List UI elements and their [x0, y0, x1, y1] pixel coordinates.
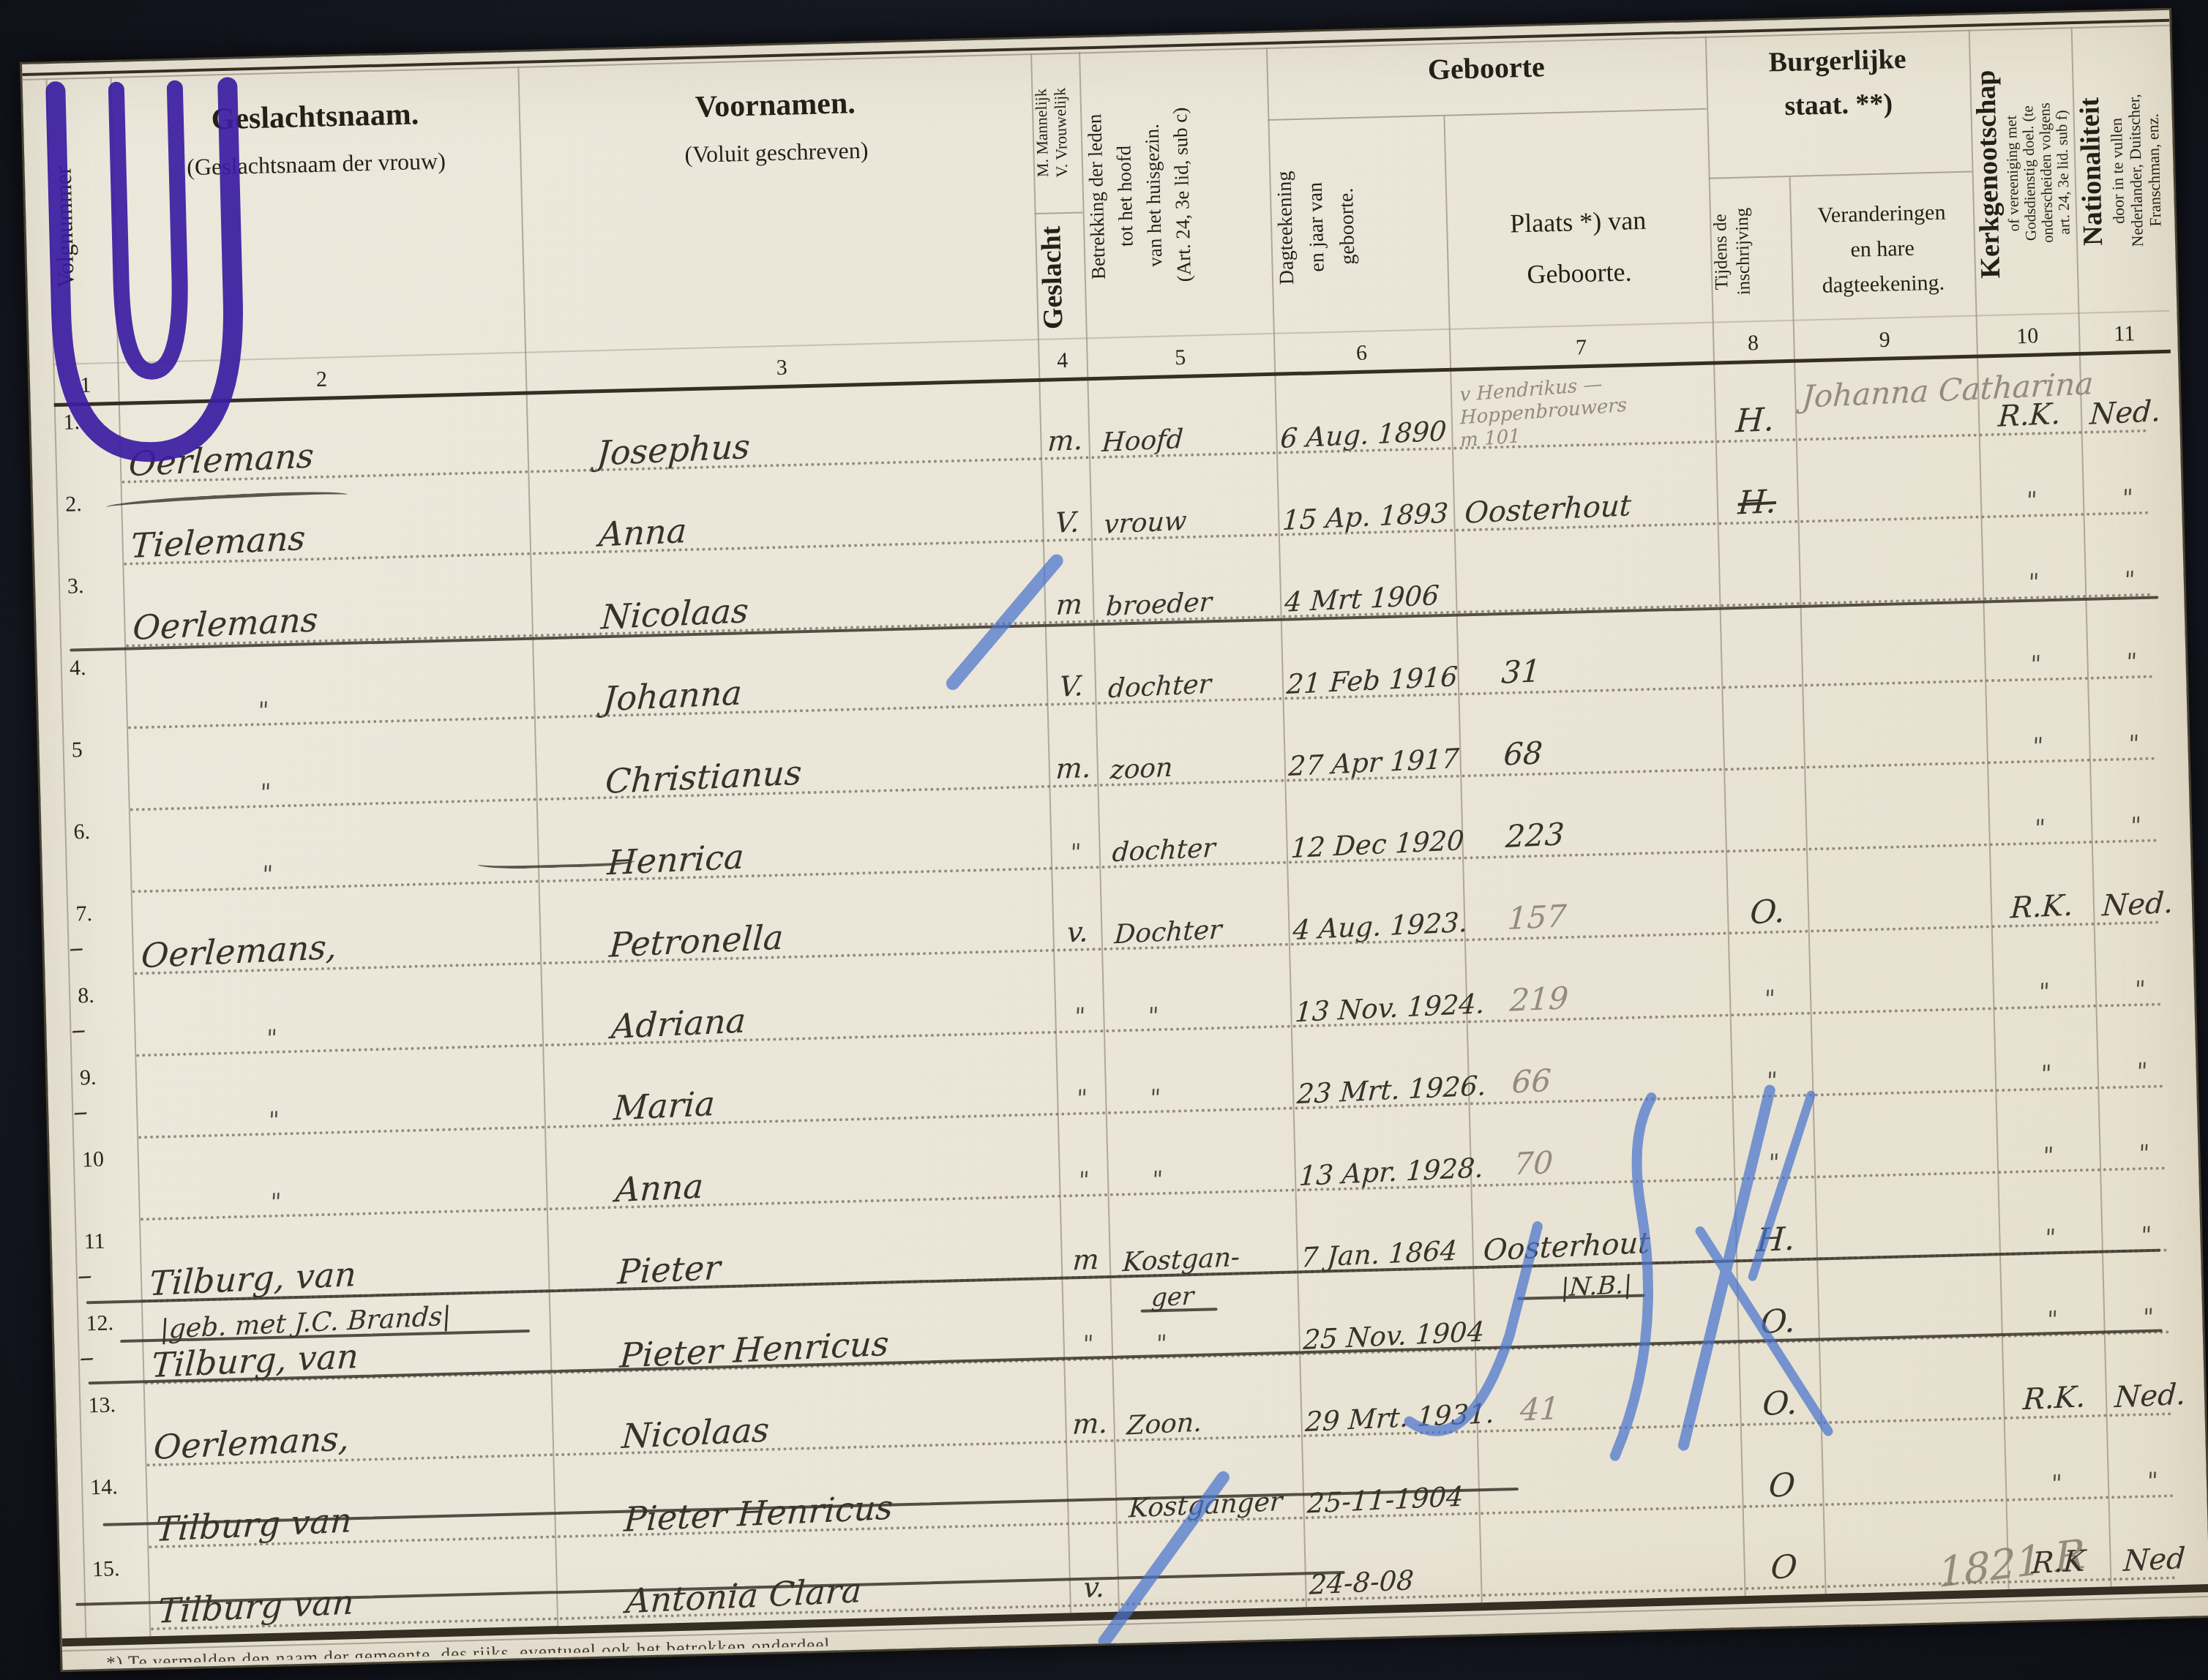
- surname-entry: ": [266, 1024, 278, 1052]
- nationality-entry: Ned.: [2092, 885, 2184, 923]
- church-entry: ": [1980, 484, 2084, 517]
- nationality-entry: Ned.: [2080, 394, 2171, 432]
- nationality-entry: ": [2090, 809, 2181, 841]
- column-number-1: 1: [53, 368, 119, 403]
- geslacht-label: Geslacht: [1035, 218, 1070, 337]
- birth-place-entry: Oosterhout: [1464, 489, 1632, 530]
- col10-header: Kerkgenootschap of vereeniging met Godsd…: [1969, 33, 2078, 313]
- col4-header-small: M. Mannelijk V. Vrouwelijk: [1030, 58, 1082, 207]
- col5-header: Betrekking der leden tot het hoofd van h…: [1079, 53, 1273, 336]
- nationality-entry: ": [2088, 727, 2179, 760]
- legend-vrouwelijk: V. Vrouwelijk: [1049, 59, 1072, 207]
- margin-dash: –: [78, 1340, 95, 1375]
- col6-header: Dagteekening en jaar van geboorte.: [1268, 122, 1449, 330]
- row-number: 7.: [75, 901, 92, 927]
- church-entry: R.K: [2006, 1543, 2111, 1582]
- wavy-strike-mark: [106, 489, 348, 514]
- sex-entry: V.: [1047, 669, 1096, 703]
- row-number: 8.: [78, 983, 94, 1009]
- birth-place-number-entry: 31: [1500, 653, 1541, 691]
- register-card-wrap: Volgnummer Geslachtsnaam. (Geslachtsnaam…: [22, 10, 2208, 1670]
- betrekking-label: Betrekking der leden tot het hoofd van h…: [1079, 56, 1200, 337]
- geboorte-span-header: Geboorte: [1266, 45, 1706, 91]
- burgerlijke-header-2: staat. **): [1707, 86, 1971, 124]
- sex-legend: M. Mannelijk V. Vrouwelijk: [1030, 59, 1072, 207]
- nationaliteit-label: Nationaliteit door in te vullen Nederlan…: [2071, 31, 2167, 311]
- church-entry: ": [1982, 566, 2086, 599]
- nationality-entry: ": [2103, 1301, 2193, 1333]
- veranderingen-line-1: Veranderingen: [1790, 200, 1974, 229]
- nationality-entry: ": [2087, 645, 2177, 678]
- dagteekening-line: geboorte.: [1330, 124, 1366, 329]
- church-entry: ": [1994, 1057, 2098, 1090]
- column-number-5: 5: [1086, 339, 1274, 377]
- civil-status-entry: ": [1729, 983, 1811, 1014]
- col1-header: Volgnummer: [48, 91, 117, 362]
- sex-entry: m.: [1041, 424, 1090, 458]
- column-number-11: 11: [2078, 316, 2171, 352]
- row-number: 14.: [90, 1474, 118, 1500]
- church-entry: ": [1992, 975, 2096, 1008]
- church-entry: ": [1988, 811, 2092, 844]
- dagteekening-label: Dagteekening en jaar van geboorte.: [1268, 124, 1366, 330]
- row-number: 12.: [86, 1310, 113, 1336]
- row-number: 2.: [65, 492, 82, 517]
- column-number-3: 3: [525, 345, 1038, 391]
- margin-dash: –: [77, 1259, 94, 1293]
- sex-entry: ": [1058, 1083, 1106, 1113]
- veranderingen-line-3: dagteekening.: [1792, 270, 1975, 299]
- birth-place-number-entry: 68: [1502, 735, 1543, 773]
- church-entry: R.K.: [1977, 396, 2082, 435]
- civil-status-entry: H.: [1734, 1219, 1817, 1260]
- church-entry: ": [1986, 730, 2089, 762]
- column-number-9: 9: [1793, 321, 1977, 359]
- nationality-entry: Ned.: [2105, 1377, 2196, 1415]
- civil-status-entry: H.: [1715, 482, 1798, 523]
- col4-header-title: Geslacht: [1035, 217, 1086, 337]
- col3-header-sub: (Voluit geschreven): [520, 132, 1033, 173]
- col2-header-title: Geslachtsnaam.: [111, 94, 519, 140]
- pencil-annotation: v Hendrikus — Hoppenbrouwers m 101: [1460, 372, 1628, 453]
- sex-entry: v.: [1053, 915, 1102, 949]
- column-number-7: 7: [1449, 328, 1713, 368]
- relation-entry: ": [1149, 1084, 1161, 1112]
- scanned-register-page: Volgnummer Geslachtsnaam. (Geslachtsnaam…: [0, 0, 2208, 1680]
- birth-place-number-entry: 66: [1511, 1062, 1552, 1100]
- sex-entry: ": [1064, 1329, 1112, 1359]
- church-entry: ": [1998, 1221, 2102, 1254]
- civil-status-entry: H.: [1714, 400, 1797, 441]
- sex-entry: v.: [1070, 1570, 1119, 1605]
- column-number-6: 6: [1273, 334, 1450, 372]
- civil-status-entry: O.: [1739, 1383, 1822, 1424]
- row-number: 15.: [92, 1556, 120, 1582]
- geboorte-underline: [1268, 108, 1707, 121]
- surname-entry: ": [257, 697, 269, 725]
- tijdens-inschrijving-label: Tijdens de inschrijving: [1709, 184, 1756, 318]
- kerkgenootschap-label: Kerkgenootschap of vereeniging met Godsd…: [1969, 33, 2076, 313]
- church-entry: ": [2005, 1467, 2108, 1500]
- col3-header-title: Voornamen.: [518, 81, 1032, 130]
- volgnummer-label: Volgnummer: [48, 92, 81, 362]
- church-entry: ": [1996, 1139, 2100, 1172]
- church-entry: R.K.: [2002, 1379, 2107, 1418]
- birth-place-number-entry: 70: [1513, 1144, 1554, 1182]
- row-number: 3.: [67, 574, 84, 599]
- church-entry: R.K.: [1990, 888, 2095, 926]
- row-number: 1.: [63, 410, 80, 435]
- row-number: 11: [83, 1229, 105, 1255]
- margin-dash: –: [68, 931, 85, 965]
- column-number-4: 4: [1038, 343, 1087, 378]
- dagteekening-line: Dagteekening: [1268, 126, 1304, 330]
- civil-status-entry: O: [1740, 1465, 1823, 1506]
- register-card: Volgnummer Geslachtsnaam. (Geslachtsnaam…: [22, 10, 2208, 1670]
- relation-entry: ": [1151, 1166, 1164, 1194]
- plaats-label-2: Geboorte.: [1447, 255, 1711, 292]
- row-number: 6.: [73, 820, 90, 845]
- civil-status-entry: O.: [1726, 891, 1809, 932]
- surname-entry: ": [261, 860, 274, 888]
- sex-entry: m: [1045, 587, 1094, 621]
- civil-status-entry: O.: [1737, 1301, 1819, 1342]
- nationality-entry: ": [2084, 563, 2175, 596]
- surname-entry: ": [268, 1106, 280, 1134]
- row-number: 13.: [88, 1392, 116, 1418]
- relation-entry: Hoofd: [1101, 424, 1183, 458]
- burgerlijke-underline: [1709, 171, 1972, 179]
- sex-entry: V.: [1043, 505, 1092, 539]
- civil-status-entry: O: [1743, 1547, 1825, 1588]
- col8-header: Tijdens de inschrijving: [1709, 184, 1793, 319]
- birth-place-number-entry: 219: [1509, 980, 1570, 1019]
- betrekking-line: (Art. 24, 3e lid, sub c): [1164, 56, 1200, 334]
- sex-entry: m.: [1049, 751, 1099, 785]
- row-number: 5: [71, 738, 83, 762]
- nationality-entry: ": [2082, 481, 2173, 514]
- row-number: 9.: [80, 1065, 97, 1091]
- column-number-8: 8: [1713, 326, 1794, 361]
- tijdens-line: inschrijving: [1731, 184, 1756, 318]
- nationality-entry: ": [2100, 1219, 2191, 1251]
- dagteekening-line: en jaar van: [1299, 125, 1335, 329]
- column-number-10: 10: [1976, 318, 2079, 355]
- nationality-entry: Ned: [2108, 1541, 2200, 1579]
- relation-entry: ": [1147, 1002, 1159, 1030]
- nationality-entry: ": [2099, 1137, 2190, 1169]
- tijdens-line: Tijdens de: [1709, 185, 1734, 319]
- birth-place-entry: Oosterhout: [1482, 1226, 1650, 1268]
- margin-dash: –: [70, 1013, 87, 1047]
- surname-entry: ": [269, 1188, 282, 1216]
- birth-place-number-entry: 223: [1505, 816, 1565, 855]
- sex-entry: ": [1052, 837, 1100, 867]
- col2-header-sub: (Geslachtsnaam der vrouw): [112, 146, 520, 183]
- sex-entry: m.: [1066, 1406, 1115, 1441]
- plaats-label-1: Plaats *) van: [1446, 203, 1710, 241]
- nationality-entry: ": [2107, 1465, 2198, 1497]
- nationality-entry: ": [2097, 1055, 2188, 1087]
- register-rows: 1. Oerlemans Josephus m. Hoofd 6 Aug. 18…: [31, 356, 2208, 1639]
- sex-entry: m: [1062, 1242, 1111, 1277]
- sex-entry: ": [1060, 1165, 1108, 1195]
- relation-entry: ": [1156, 1330, 1168, 1358]
- sex-entry: ": [1055, 1001, 1104, 1031]
- nationality-entry: ": [2095, 973, 2185, 1005]
- col11-header: Nationaliteit door in te vullen Nederlan…: [2071, 31, 2170, 311]
- veranderingen-line-2: en hare: [1791, 235, 1975, 264]
- relation-entry: zoon: [1109, 753, 1174, 786]
- surname-entry: ": [259, 778, 272, 806]
- civil-status-entry: ": [1733, 1147, 1815, 1178]
- geslacht-divider: [1035, 211, 1083, 214]
- relation-entry: Zoon.: [1126, 1408, 1202, 1441]
- row-number: 10: [81, 1147, 104, 1173]
- birth-place-number-entry: 41: [1519, 1390, 1560, 1428]
- burgerlijke-header-1: Burgerlijke: [1705, 42, 1969, 80]
- row-number: 4.: [69, 656, 86, 681]
- margin-dash: –: [72, 1095, 89, 1129]
- relation-entry: vrouw: [1103, 506, 1188, 540]
- birth-place-number-entry: 157: [1507, 898, 1568, 937]
- church-entry: ": [1984, 648, 2088, 680]
- civil-status-entry: ": [1731, 1065, 1813, 1096]
